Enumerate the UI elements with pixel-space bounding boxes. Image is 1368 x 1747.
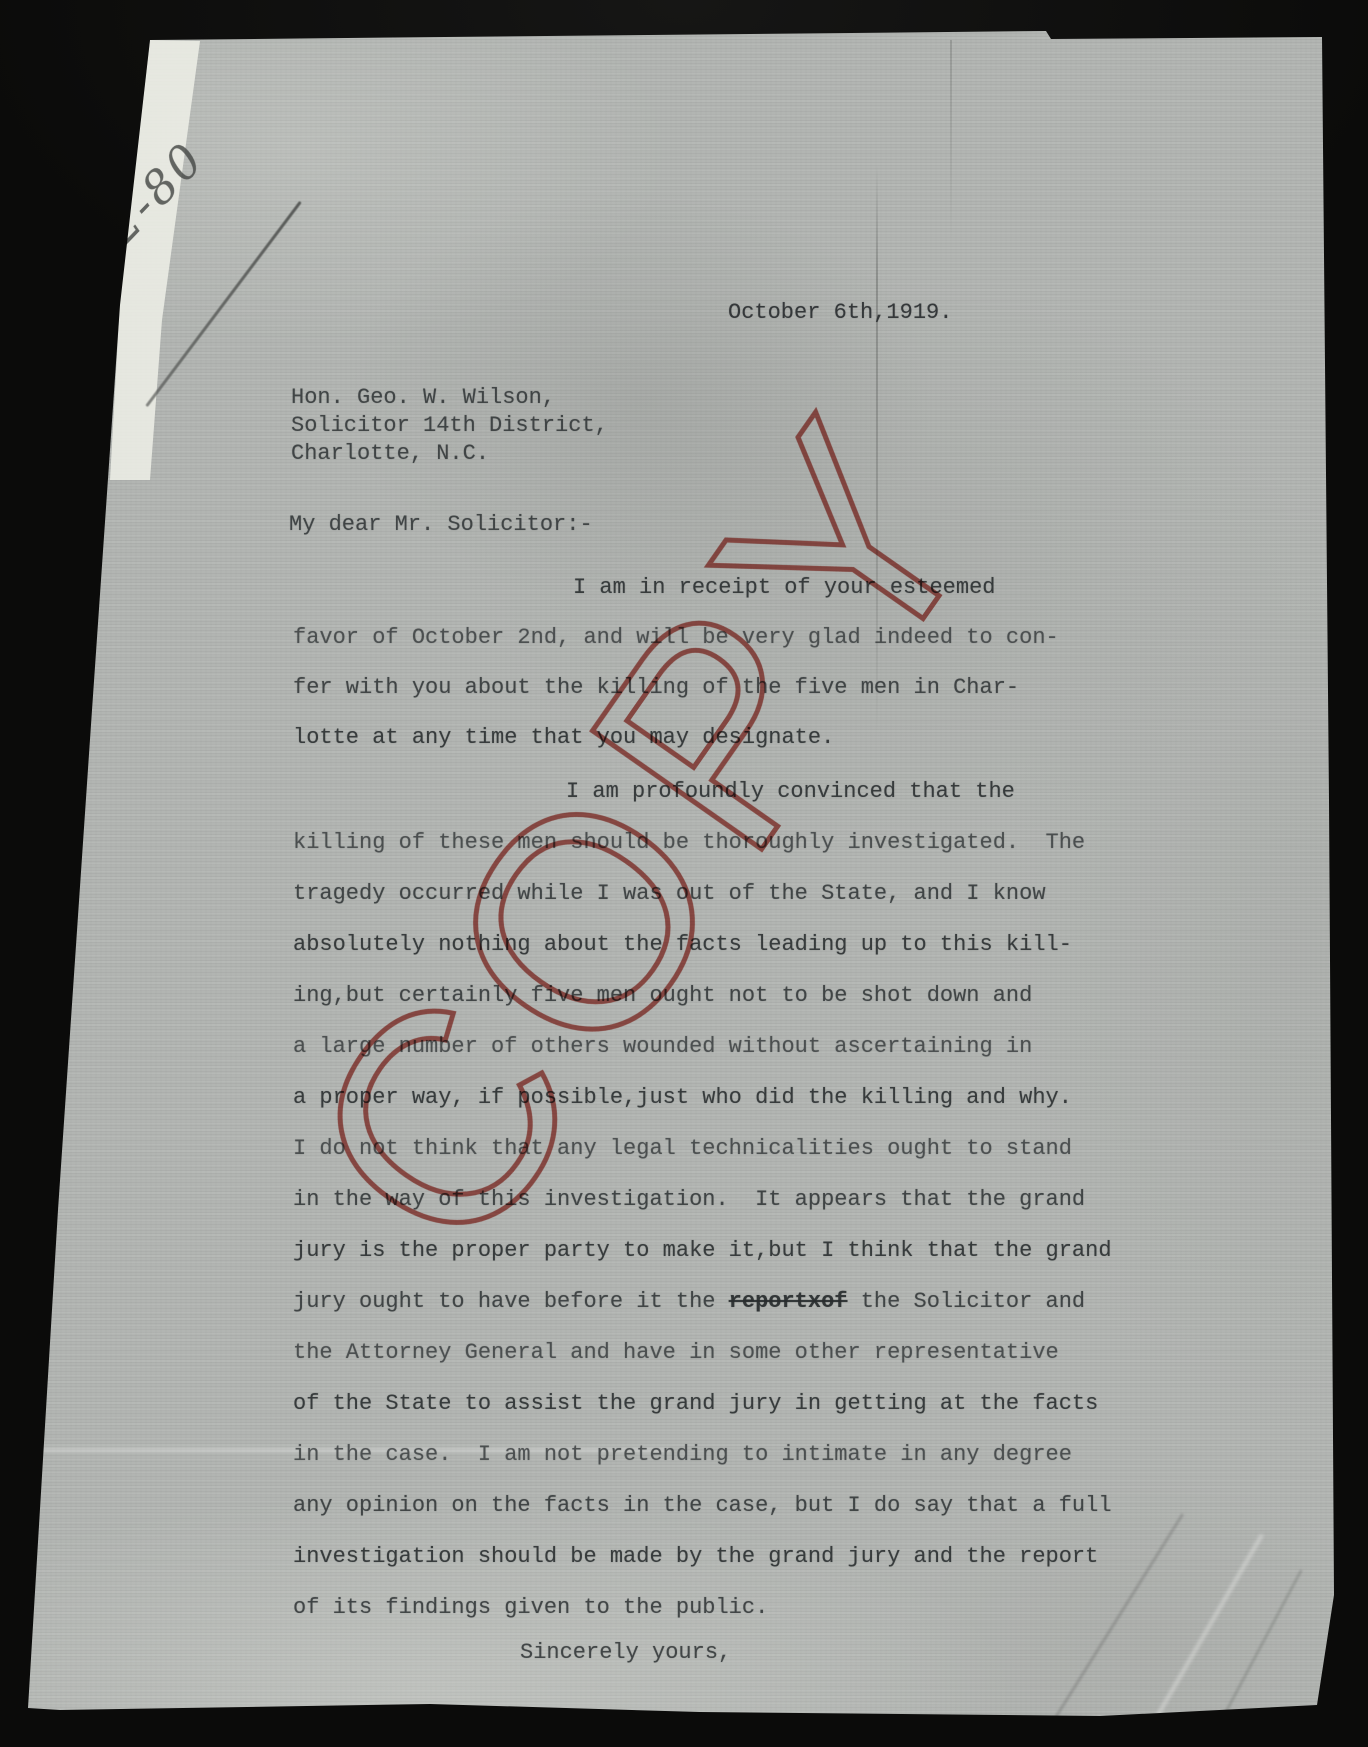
- salutation: My dear Mr. Solicitor:-: [289, 512, 593, 537]
- paragraph-line: of the State to assist the grand jury in…: [293, 1378, 1112, 1429]
- corrected-line: jury ought to have before it the reportx…: [293, 1276, 1112, 1327]
- corrected-line-post: the Solicitor and: [848, 1289, 1086, 1314]
- address-line: Charlotte, N.C.: [291, 440, 608, 468]
- date-line: October 6th,1919.: [728, 300, 952, 325]
- struck-word: reportxof: [729, 1289, 848, 1314]
- paragraph-line: investigation should be made by the gran…: [293, 1531, 1112, 1582]
- closing: Sincerely yours,: [520, 1640, 731, 1665]
- address-line: Solicitor 14th District,: [291, 412, 608, 440]
- recipient-address: Hon. Geo. W. Wilson, Solicitor 14th Dist…: [291, 384, 608, 468]
- paragraph-line: of its findings given to the public.: [293, 1582, 1112, 1633]
- paragraph-line: any opinion on the facts in the case, bu…: [293, 1480, 1112, 1531]
- address-line: Hon. Geo. W. Wilson,: [291, 384, 608, 412]
- letter-page: 5-2-80 October 6th,1919. Hon. Geo. W. Wi…: [0, 0, 1368, 1747]
- paragraph-line: in the case. I am not pretending to inti…: [293, 1429, 1112, 1480]
- scan-background: 5-2-80 October 6th,1919. Hon. Geo. W. Wi…: [0, 0, 1368, 1747]
- paragraph-line: the Attorney General and have in some ot…: [293, 1327, 1112, 1378]
